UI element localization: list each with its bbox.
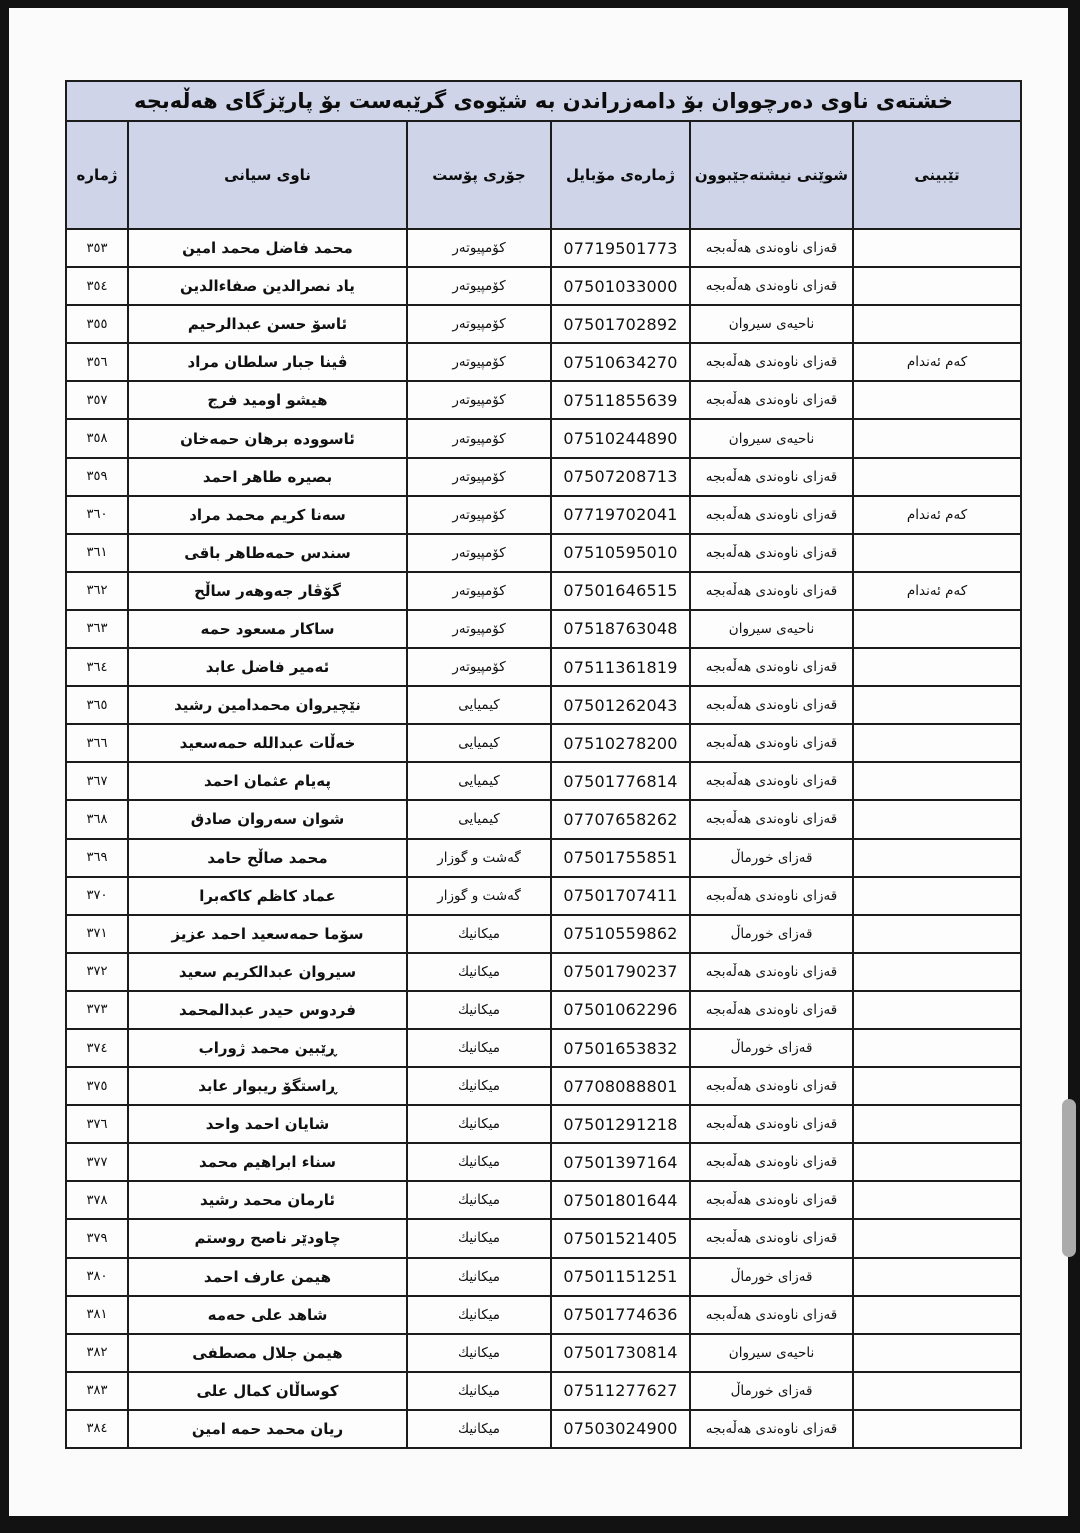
name-cell: كوساڵان كمال علی xyxy=(128,1372,407,1410)
name-cell: هیمن عارف احمد xyxy=(128,1258,407,1296)
table-row: ٣٥٦ڤینا جبار سلطان مرادكۆمپیوتەر07510634… xyxy=(66,343,1021,381)
post-cell: میكانیك xyxy=(407,1143,551,1181)
note-cell xyxy=(853,762,1021,800)
note-cell xyxy=(853,305,1021,343)
name-cell: چاودێر ناصح روستم xyxy=(128,1219,407,1257)
note-cell xyxy=(853,915,1021,953)
table-row: ٣٧٤ڕێبین محمد ژورابمیكانیك07501653832قەز… xyxy=(66,1029,1021,1067)
no-cell: ٣٧٣ xyxy=(66,991,128,1029)
residence-cell: قەزای ناوەندی هەڵەبجە xyxy=(690,1143,853,1181)
residence-cell: قەزای ناوەندی هەڵەبجە xyxy=(690,762,853,800)
post-cell: كۆمپیوتەر xyxy=(407,458,551,496)
residence-cell: قەزای ناوەندی هەڵەبجە xyxy=(690,1296,853,1334)
table-row: ٣٦٥نێچیروان محمدامین رشیدكیمیایی07501262… xyxy=(66,686,1021,724)
table-row: ٣٦٦خەڵات عبدالله حمەسعیدكیمیایی075102782… xyxy=(66,724,1021,762)
residence-cell: قەزای ناوەندی هەڵەبجە xyxy=(690,800,853,838)
table-row: ٣٦٠سەنا كریم محمد مرادكۆمپیوتەر077197020… xyxy=(66,496,1021,534)
post-cell: كۆمپیوتەر xyxy=(407,267,551,305)
table-title: خشتەی ناوی دەرچووان بۆ دامەزراندن بە شێو… xyxy=(66,81,1021,121)
note-cell xyxy=(853,877,1021,915)
table-row: ٣٥٣محمد فاضل محمد امينكۆمپیوتەر077195017… xyxy=(66,229,1021,267)
mobile-cell: 07707658262 xyxy=(551,800,690,838)
post-cell: كیمیایی xyxy=(407,762,551,800)
note-cell xyxy=(853,1410,1021,1448)
residence-cell: قەزای ناوەندی هەڵەبجە xyxy=(690,724,853,762)
no-cell: ٣٦٨ xyxy=(66,800,128,838)
mobile-cell: 07511361819 xyxy=(551,648,690,686)
residence-cell: قەزای ناوەندی هەڵەبجە xyxy=(690,572,853,610)
document-page: خشتەی ناوی دەرچووان بۆ دامەزراندن بە شێو… xyxy=(9,8,1068,1516)
note-cell xyxy=(853,458,1021,496)
post-cell: میكانیك xyxy=(407,991,551,1029)
note-cell xyxy=(853,229,1021,267)
no-cell: ٣٨٣ xyxy=(66,1372,128,1410)
residence-cell: قەزای خورماڵ xyxy=(690,839,853,877)
name-cell: خەڵات عبدالله حمەسعید xyxy=(128,724,407,762)
note-cell xyxy=(853,724,1021,762)
mobile-cell: 07501397164 xyxy=(551,1143,690,1181)
residence-cell: قەزای ناوەندی هەڵەبجە xyxy=(690,381,853,419)
no-cell: ٣٥٤ xyxy=(66,267,128,305)
note-cell xyxy=(853,686,1021,724)
no-cell: ٣٧٥ xyxy=(66,1067,128,1105)
name-cell: سەنا كریم محمد مراد xyxy=(128,496,407,534)
name-cell: ئاسووده برهان حمەخان xyxy=(128,419,407,457)
table-row: ٣٦٨شوان سەروان صادقكیمیایی07707658262قەز… xyxy=(66,800,1021,838)
note-cell xyxy=(853,1067,1021,1105)
post-cell: كۆمپیوتەر xyxy=(407,496,551,534)
name-cell: محمد صاڵح حامد xyxy=(128,839,407,877)
note-cell xyxy=(853,381,1021,419)
note-cell xyxy=(853,648,1021,686)
table-row: ٣٦٣ساكار مسعود حمهكۆمپیوتەر07518763048نا… xyxy=(66,610,1021,648)
table-row: ٣٦١سندس حمەطاهر باقیكۆمپیوتەر07510595010… xyxy=(66,534,1021,572)
name-cell: سندس حمەطاهر باقی xyxy=(128,534,407,572)
note-cell xyxy=(853,1143,1021,1181)
table-row: ٣٨٠هیمن عارف احمدمیكانیك07501151251قەزای… xyxy=(66,1258,1021,1296)
no-cell: ٣٧٤ xyxy=(66,1029,128,1067)
no-cell: ٣٦٣ xyxy=(66,610,128,648)
table-row: ٣٥٨ئاسووده برهان حمەخانكۆمپیوتەر07510244… xyxy=(66,419,1021,457)
residence-cell: ناحیەی سیروان xyxy=(690,419,853,457)
mobile-cell: 07501062296 xyxy=(551,991,690,1029)
name-cell: سناء ابراهیم محمد xyxy=(128,1143,407,1181)
mobile-cell: 07501774636 xyxy=(551,1296,690,1334)
name-cell: هیمن جلال مصطفی xyxy=(128,1334,407,1372)
no-cell: ٣٥٩ xyxy=(66,458,128,496)
note-cell xyxy=(853,1219,1021,1257)
graduates-table: خشتەی ناوی دەرچووان بۆ دامەزراندن بە شێو… xyxy=(65,80,1022,1449)
note-cell xyxy=(853,953,1021,991)
name-cell: سۆما حمەسعید احمد عزیز xyxy=(128,915,407,953)
table-row: ٣٨٤ریان محمد حمه امینمیكانیك07503024900ق… xyxy=(66,1410,1021,1448)
post-cell: میكانیك xyxy=(407,1105,551,1143)
post-cell: میكانیك xyxy=(407,1067,551,1105)
table-row: ٣٥٥ئاسۆ حسن عبدالرحیمكۆمپیوتەر0750170289… xyxy=(66,305,1021,343)
note-cell xyxy=(853,1029,1021,1067)
residence-cell: قەزای ناوەندی هەڵەبجە xyxy=(690,267,853,305)
title-row: خشتەی ناوی دەرچووان بۆ دامەزراندن بە شێو… xyxy=(66,81,1021,121)
post-cell: كۆمپیوتەر xyxy=(407,419,551,457)
name-cell: ئەمیر فاضل عابد xyxy=(128,648,407,686)
name-cell: ڕاستگۆ ریبوار عابد xyxy=(128,1067,407,1105)
post-cell: میكانیك xyxy=(407,1296,551,1334)
no-cell: ٣٨١ xyxy=(66,1296,128,1334)
note-cell: كەم ئەندام xyxy=(853,572,1021,610)
note-cell xyxy=(853,1334,1021,1372)
post-cell: كۆمپیوتەر xyxy=(407,610,551,648)
post-cell: میكانیك xyxy=(407,1258,551,1296)
post-cell: كیمیایی xyxy=(407,724,551,762)
post-cell: میكانیك xyxy=(407,1029,551,1067)
name-cell: ساكار مسعود حمه xyxy=(128,610,407,648)
note-cell xyxy=(853,839,1021,877)
mobile-cell: 07510244890 xyxy=(551,419,690,457)
residence-cell: قەزای ناوەندی هەڵەبجە xyxy=(690,877,853,915)
name-cell: ریان محمد حمه امین xyxy=(128,1410,407,1448)
table-row: ٣٧٦شایان احمد واحدمیكانیك07501291218قەزا… xyxy=(66,1105,1021,1143)
name-cell: محمد فاضل محمد امين xyxy=(128,229,407,267)
residence-cell: قەزای ناوەندی هەڵەبجە xyxy=(690,1067,853,1105)
note-cell xyxy=(853,991,1021,1029)
table-row: ٣٧٥ڕاستگۆ ریبوار عابدمیكانیك07708088801ق… xyxy=(66,1067,1021,1105)
column-header-post: جۆری پۆست xyxy=(407,121,551,229)
name-cell: یاد نصرالدین صفاءالدین xyxy=(128,267,407,305)
mobile-cell: 07501262043 xyxy=(551,686,690,724)
residence-cell: قەزای ناوەندی هەڵەبجە xyxy=(690,1181,853,1219)
table-row: ٣٦٤ئەمیر فاضل عابدكۆمپیوتەر07511361819قە… xyxy=(66,648,1021,686)
name-cell: ڕێبین محمد ژوراب xyxy=(128,1029,407,1067)
mobile-cell: 07501707411 xyxy=(551,877,690,915)
name-cell: شوان سەروان صادق xyxy=(128,800,407,838)
residence-cell: ناحیەی سیروان xyxy=(690,1334,853,1372)
note-cell: كەم ئەندام xyxy=(853,496,1021,534)
residence-cell: قەزای ناوەندی هەڵەبجە xyxy=(690,343,853,381)
no-cell: ٣٦٠ xyxy=(66,496,128,534)
post-cell: كۆمپیوتەر xyxy=(407,572,551,610)
name-cell: پەیام عثمان احمد xyxy=(128,762,407,800)
residence-cell: قەزای ناوەندی هەڵەبجە xyxy=(690,648,853,686)
name-cell: بصیره طاهر احمد xyxy=(128,458,407,496)
mobile-cell: 07501521405 xyxy=(551,1219,690,1257)
no-cell: ٣٨٢ xyxy=(66,1334,128,1372)
table-row: ٣٦٧پەیام عثمان احمدكیمیایی07501776814قەز… xyxy=(66,762,1021,800)
residence-cell: قەزای خورماڵ xyxy=(690,1029,853,1067)
post-cell: میكانیك xyxy=(407,1181,551,1219)
name-cell: گۆڤار جەوهەر ساڵح xyxy=(128,572,407,610)
no-cell: ٣٦٧ xyxy=(66,762,128,800)
name-cell: ئارمان محمد رشید xyxy=(128,1181,407,1219)
table-row: ٣٧٧سناء ابراهیم محمدمیكانیك07501397164قە… xyxy=(66,1143,1021,1181)
residence-cell: قەزای خورماڵ xyxy=(690,915,853,953)
mobile-cell: 07501291218 xyxy=(551,1105,690,1143)
note-cell xyxy=(853,419,1021,457)
column-header-residence: شوێنی نیشتەجێبوون xyxy=(690,121,853,229)
post-cell: میكانیك xyxy=(407,953,551,991)
mobile-cell: 07510278200 xyxy=(551,724,690,762)
table-row: ٣٥٤یاد نصرالدین صفاءالدینكۆمپیوتەر075010… xyxy=(66,267,1021,305)
residence-cell: قەزای خورماڵ xyxy=(690,1258,853,1296)
name-cell: عماد كاظم كاكەبرا xyxy=(128,877,407,915)
table-row: ٣٧١سۆما حمەسعید احمد عزیزمیكانیك07510559… xyxy=(66,915,1021,953)
name-cell: ئاسۆ حسن عبدالرحیم xyxy=(128,305,407,343)
table-row: ٣٧٠عماد كاظم كاكەبراگەشت و گوزار07501707… xyxy=(66,877,1021,915)
mobile-cell: 07511855639 xyxy=(551,381,690,419)
name-cell: فردوس حیدر عبدالمحمد xyxy=(128,991,407,1029)
post-cell: كۆمپیوتەر xyxy=(407,534,551,572)
mobile-cell: 07501033000 xyxy=(551,267,690,305)
mobile-cell: 07510634270 xyxy=(551,343,690,381)
no-cell: ٣٥٨ xyxy=(66,419,128,457)
mobile-cell: 07510595010 xyxy=(551,534,690,572)
no-cell: ٣٨٤ xyxy=(66,1410,128,1448)
residence-cell: قەزای ناوەندی هەڵەبجە xyxy=(690,496,853,534)
scrollbar-thumb[interactable] xyxy=(1062,1099,1076,1257)
note-cell xyxy=(853,1105,1021,1143)
mobile-cell: 07501151251 xyxy=(551,1258,690,1296)
no-cell: ٣٧٢ xyxy=(66,953,128,991)
post-cell: گەشت و گوزار xyxy=(407,839,551,877)
header-row: ژمارهناوی سیانیجۆری پۆستژمارەی مۆبایلشوێ… xyxy=(66,121,1021,229)
table-row: ٣٧٨ئارمان محمد رشیدمیكانیك07501801644قەز… xyxy=(66,1181,1021,1219)
name-cell: شایان احمد واحد xyxy=(128,1105,407,1143)
residence-cell: قەزای ناوەندی هەڵەبجە xyxy=(690,1105,853,1143)
residence-cell: ناحیەی سیروان xyxy=(690,610,853,648)
table-row: ٣٧٣فردوس حیدر عبدالمحمدمیكانیك0750106229… xyxy=(66,991,1021,1029)
no-cell: ٣٨٠ xyxy=(66,1258,128,1296)
table-row: ٣٧٢سیروان عبدالكریم سعیدمیكانیك075017902… xyxy=(66,953,1021,991)
no-cell: ٣٧١ xyxy=(66,915,128,953)
residence-cell: ناحیەی سیروان xyxy=(690,305,853,343)
post-cell: كیمیایی xyxy=(407,686,551,724)
no-cell: ٣٦٥ xyxy=(66,686,128,724)
note-cell xyxy=(853,800,1021,838)
name-cell: شاهد علی حەمە xyxy=(128,1296,407,1334)
mobile-cell: 07501730814 xyxy=(551,1334,690,1372)
note-cell: كەم ئەندام xyxy=(853,343,1021,381)
table-row: ٣٧٩چاودێر ناصح روستممیكانیك07501521405قە… xyxy=(66,1219,1021,1257)
note-cell xyxy=(853,1258,1021,1296)
table-row: ٣٦٢گۆڤار جەوهەر ساڵحكۆمپیوتەر07501646515… xyxy=(66,572,1021,610)
residence-cell: قەزای ناوەندی هەڵەبجە xyxy=(690,1410,853,1448)
residence-cell: قەزای ناوەندی هەڵەبجە xyxy=(690,458,853,496)
name-cell: نێچیروان محمدامین رشید xyxy=(128,686,407,724)
no-cell: ٣٧٠ xyxy=(66,877,128,915)
post-cell: كۆمپیوتەر xyxy=(407,343,551,381)
post-cell: میكانیك xyxy=(407,915,551,953)
note-cell xyxy=(853,1296,1021,1334)
residence-cell: قەزای ناوەندی هەڵەبجە xyxy=(690,991,853,1029)
mobile-cell: 07708088801 xyxy=(551,1067,690,1105)
note-cell xyxy=(853,610,1021,648)
post-cell: میكانیك xyxy=(407,1219,551,1257)
post-cell: كۆمپیوتەر xyxy=(407,381,551,419)
column-header-no: ژماره xyxy=(66,121,128,229)
no-cell: ٣٧٧ xyxy=(66,1143,128,1181)
mobile-cell: 07507208713 xyxy=(551,458,690,496)
table-row: ٣٨٢هیمن جلال مصطفیمیكانیك07501730814ناحی… xyxy=(66,1334,1021,1372)
mobile-cell: 07501790237 xyxy=(551,953,690,991)
mobile-cell: 07518763048 xyxy=(551,610,690,648)
residence-cell: قەزای ناوەندی هەڵەبجە xyxy=(690,534,853,572)
mobile-cell: 07501801644 xyxy=(551,1181,690,1219)
post-cell: كۆمپیوتەر xyxy=(407,648,551,686)
mobile-cell: 07511277627 xyxy=(551,1372,690,1410)
column-header-name: ناوی سیانی xyxy=(128,121,407,229)
residence-cell: قەزای ناوەندی هەڵەبجە xyxy=(690,686,853,724)
no-cell: ٣٥٥ xyxy=(66,305,128,343)
name-cell: سیروان عبدالكریم سعید xyxy=(128,953,407,991)
table-row: ٣٨٣كوساڵان كمال علیمیكانیك07511277627قەز… xyxy=(66,1372,1021,1410)
post-cell: میكانیك xyxy=(407,1334,551,1372)
mobile-cell: 07501702892 xyxy=(551,305,690,343)
no-cell: ٣٧٦ xyxy=(66,1105,128,1143)
no-cell: ٣٦٤ xyxy=(66,648,128,686)
no-cell: ٣٧٨ xyxy=(66,1181,128,1219)
no-cell: ٣٧٩ xyxy=(66,1219,128,1257)
table-row: ٣٦٩محمد صاڵح حامدگەشت و گوزار07501755851… xyxy=(66,839,1021,877)
residence-cell: قەزای ناوەندی هەڵەبجە xyxy=(690,1219,853,1257)
name-cell: ڤینا جبار سلطان مراد xyxy=(128,343,407,381)
residence-cell: قەزای ناوەندی هەڵەبجە xyxy=(690,953,853,991)
table-row: ٣٨١شاهد علی حەمەمیكانیك07501774636قەزای … xyxy=(66,1296,1021,1334)
table-row: ٣٥٧هیشو اومید فرجكۆمپیوتەر07511855639قەز… xyxy=(66,381,1021,419)
no-cell: ٣٦٢ xyxy=(66,572,128,610)
post-cell: كیمیایی xyxy=(407,800,551,838)
post-cell: میكانیك xyxy=(407,1410,551,1448)
note-cell xyxy=(853,1372,1021,1410)
no-cell: ٣٥٧ xyxy=(66,381,128,419)
mobile-cell: 07719501773 xyxy=(551,229,690,267)
post-cell: كۆمپیوتەر xyxy=(407,229,551,267)
no-cell: ٣٥٦ xyxy=(66,343,128,381)
mobile-cell: 07510559862 xyxy=(551,915,690,953)
note-cell xyxy=(853,267,1021,305)
no-cell: ٣٦٩ xyxy=(66,839,128,877)
mobile-cell: 07503024900 xyxy=(551,1410,690,1448)
mobile-cell: 07719702041 xyxy=(551,496,690,534)
mobile-cell: 07501653832 xyxy=(551,1029,690,1067)
post-cell: كۆمپیوتەر xyxy=(407,305,551,343)
note-cell xyxy=(853,534,1021,572)
mobile-cell: 07501646515 xyxy=(551,572,690,610)
post-cell: میكانیك xyxy=(407,1372,551,1410)
no-cell: ٣٦٦ xyxy=(66,724,128,762)
mobile-cell: 07501776814 xyxy=(551,762,690,800)
viewer-background: { "table": { "title": "خشتەی ناوی دەرچوو… xyxy=(0,0,1080,1533)
column-header-mobile: ژمارەی مۆبایل xyxy=(551,121,690,229)
no-cell: ٣٥٣ xyxy=(66,229,128,267)
table-row: ٣٥٩بصیره طاهر احمدكۆمپیوتەر07507208713قە… xyxy=(66,458,1021,496)
name-cell: هیشو اومید فرج xyxy=(128,381,407,419)
note-cell xyxy=(853,1181,1021,1219)
column-header-note: تێبینی xyxy=(853,121,1021,229)
residence-cell: قەزای ناوەندی هەڵەبجە xyxy=(690,229,853,267)
residence-cell: قەزای خورماڵ xyxy=(690,1372,853,1410)
post-cell: گەشت و گوزار xyxy=(407,877,551,915)
no-cell: ٣٦١ xyxy=(66,534,128,572)
mobile-cell: 07501755851 xyxy=(551,839,690,877)
